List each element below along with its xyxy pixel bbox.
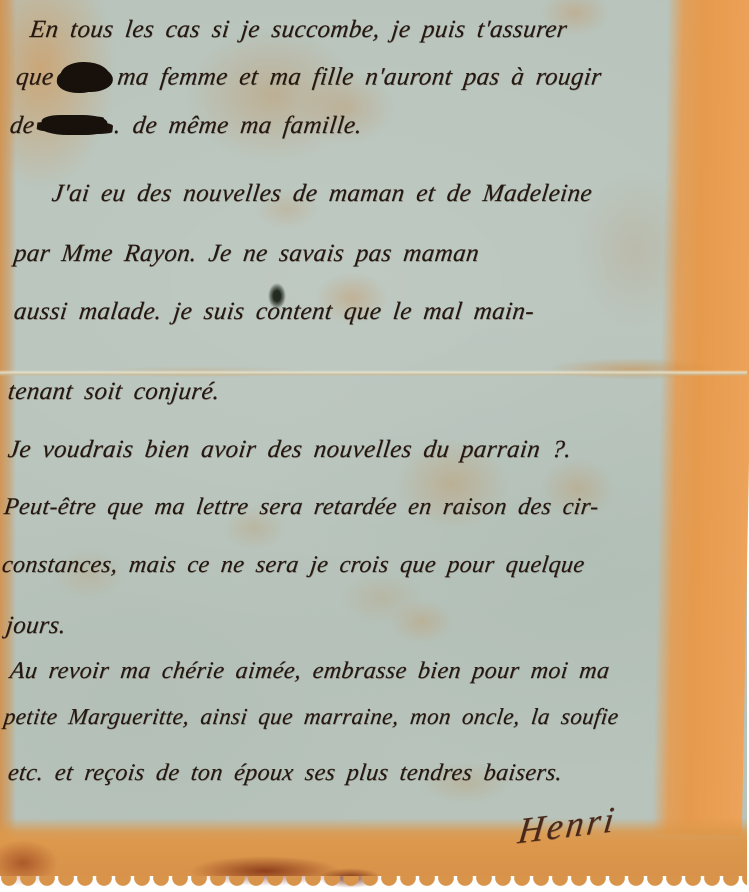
letter-paper: En tous les cas si je succombe, je puis … (0, 0, 747, 876)
right-aged-edge (652, 0, 749, 836)
letter-line: J'ai eu des nouvelles de maman et de Mad… (50, 180, 593, 208)
letter-line-text: aussi malade. je suis content que le mal… (12, 298, 535, 325)
letter-line: petite Margueritte, ainsi que marraine, … (2, 704, 620, 730)
letter-line: aussi malade. je suis content que le mal… (12, 298, 536, 326)
letter-line-text: de (8, 112, 36, 139)
letter-line-text: . de même ma famille. (113, 112, 364, 139)
letter-line: tenant soit conjuré. (6, 378, 221, 406)
letter-line-text: J'ai eu des nouvelles de maman et de Mad… (50, 180, 593, 207)
letter-line: Peut-être que ma lettre sera retardée en… (2, 494, 600, 521)
scanned-letter-page: En tous les cas si je succombe, je puis … (0, 0, 749, 892)
letter-line-text: Peut-être que ma lettre sera retardée en… (2, 494, 600, 520)
fold-crease (0, 370, 747, 376)
letter-line-text: En tous les cas si je succombe, je puis … (28, 16, 568, 43)
letter-line: En tous les cas si je succombe, je puis … (28, 16, 568, 44)
letter-line-text: Je voudrais bien avoir des nouvelles du … (6, 436, 573, 463)
deckled-bottom-edge (0, 876, 747, 888)
letter-line-text: que (15, 64, 56, 91)
letter-line-text: jours. (4, 612, 67, 639)
letter-line-text: etc. et reçois de ton époux ses plus ten… (6, 760, 564, 786)
letter-line: jours. (4, 612, 68, 640)
letter-line: etc. et reçois de ton époux ses plus ten… (6, 760, 564, 787)
letter-line: quema femme et ma fille n'auront pas à r… (14, 62, 603, 96)
letter-line-text: ma femme et ma fille n'auront pas à roug… (116, 64, 603, 91)
paper-stain (340, 572, 424, 624)
ink-blot-scribble (40, 115, 108, 135)
letter-line: constances, mais ce ne sera je crois que… (0, 552, 586, 579)
letter-line: Je voudrais bien avoir des nouvelles du … (6, 436, 573, 464)
letter-line: Au revoir ma chérie aimée, embrasse bien… (8, 658, 611, 685)
letter-line: de. de même ma famille. (8, 112, 364, 140)
letter-line-text: par Mme Rayon. Je ne savais pas maman (12, 240, 480, 267)
letter-line-text: petite Margueritte, ainsi que marraine, … (3, 704, 621, 729)
bottom-aged-band (0, 818, 747, 876)
ink-blot-blob (59, 62, 113, 92)
letter-line: par Mme Rayon. Je ne savais pas maman (12, 240, 480, 268)
letter-line-text: tenant soit conjuré. (6, 378, 221, 405)
paper-stain (390, 600, 454, 644)
letter-line-text: Au revoir ma chérie aimée, embrasse bien… (8, 658, 611, 684)
letter-line-text: constances, mais ce ne sera je crois que… (0, 552, 586, 578)
